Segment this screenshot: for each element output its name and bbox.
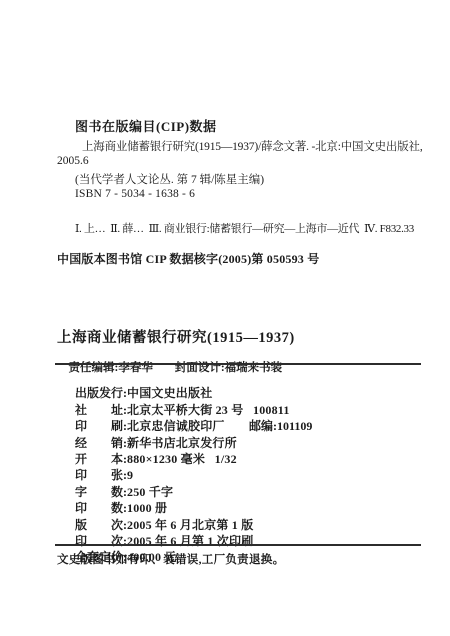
pub-row-label: 字数 [75,484,123,500]
pub-row-label: 出版发行 [75,385,123,401]
cip-entry-line1: 上海商业储蓄银行研究(1915—1937)/薛念文著. -北京:中国文史出版社, [82,138,423,154]
cip-entry-line2: 2005.6 [57,155,89,167]
cip-record-number: 中国版本图书馆 CIP 数据核字(2005)第 050593 号 [57,250,319,267]
pub-row-value: 2005 年 6 月北京第 1 版 [127,518,253,532]
footer-note: 文史版图书如有印、装错误,工厂负责退换。 [57,551,284,567]
pub-row-label: 印刷 [75,418,123,434]
pub-row-label: 版次 [75,517,123,533]
pub-row-label: 开本 [75,451,123,467]
pub-row-value: 北京忠信诚胶印厂 [127,418,249,434]
pub-row-label: 印次 [75,533,123,549]
pub-row-label: 经销 [75,435,123,451]
book-title: 上海商业储蓄银行研究(1915—1937) [57,326,295,347]
pub-row-value: 新华书店北京发行所 [127,436,237,450]
pub-row-label: 社址 [75,402,123,418]
isbn-line: ISBN 7 - 5034 - 1638 - 6 [75,188,195,200]
pub-row-value: 9 [127,468,133,482]
divider-bottom [55,544,421,546]
pub-row-label: 印张 [75,467,123,483]
cip-heading: 图书在版编目(CIP)数据 [75,116,217,135]
pub-row-label: 印数 [75,500,123,516]
pub-row-value: 880×1230 毫米 1/32 [127,452,237,466]
pub-row-value: 250 千字 [127,485,173,499]
pub-row-publisher: 出版发行:中国文史出版社 [57,369,427,385]
cip-classification: Ⅰ. 上… Ⅱ. 薛… Ⅲ. 商业银行:储蓄银行—研究—上海市—近代 Ⅳ. F8… [75,220,414,236]
pub-row-value: 北京太平桥大街 23 号 100811 [127,403,290,417]
publication-info: 出版发行:中国文史出版社 社址:北京太平桥大街 23 号 100811 印刷:北… [57,369,427,549]
divider-top [55,363,421,365]
colophon-page: 图书在版编目(CIP)数据 上海商业储蓄银行研究(1915—1937)/薛念文著… [0,0,450,636]
pub-row-value: 中国文史出版社 [127,386,212,400]
cip-series-note: (当代学者人文论丛. 第 7 辑/陈星主编) [75,171,264,187]
postal-code: 邮编:101109 [249,419,312,433]
pub-row-value: 1000 册 [127,501,167,515]
